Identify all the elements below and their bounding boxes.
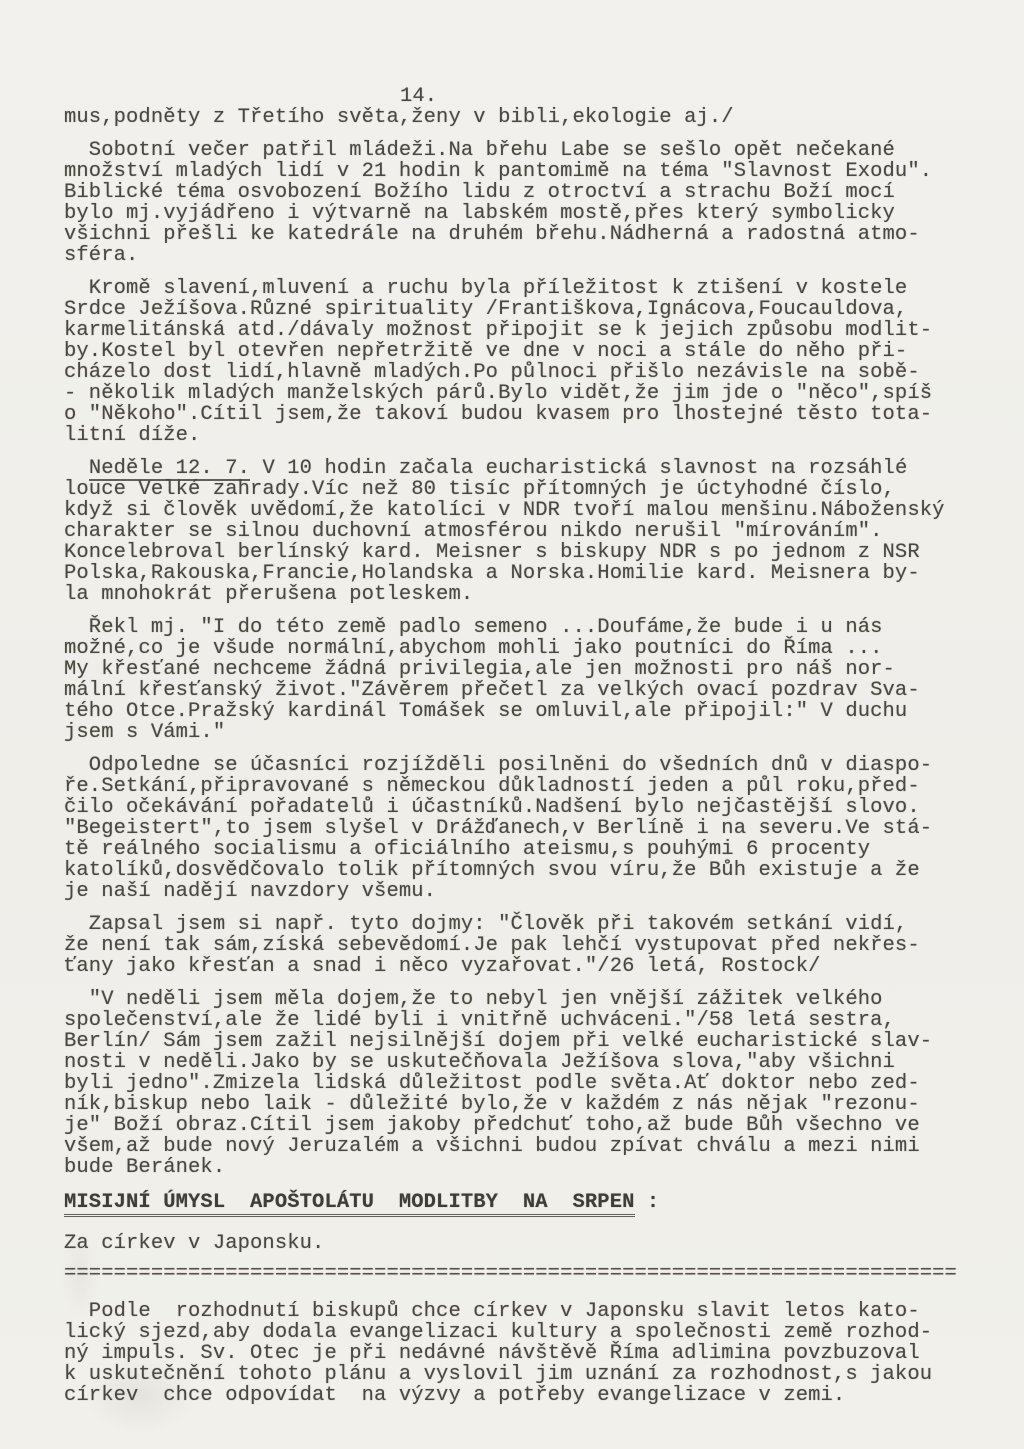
text-line: tě reálného socialismu a oficiálního ate… — [64, 839, 969, 860]
text-line: Srdce Ježíšova.Různé spirituality /Frant… — [64, 299, 969, 320]
text-line: sféra. — [64, 245, 969, 266]
text-line: "V neděli jsem měla dojem,že to nebyl je… — [64, 989, 969, 1010]
text-line: ře.Setkání,připravované s německou důkla… — [64, 776, 969, 797]
text-line: by.Kostel byl otevřen nepřetržitě ve dne… — [64, 341, 969, 362]
text-line: ník,biskup nebo laik - důležité bylo,že … — [64, 1094, 969, 1115]
date-line-rest: V 10 hodin začala eucharistická slavnost… — [250, 457, 907, 480]
text-line: ťany jako křesťan a snad i něco vyzařova… — [64, 956, 969, 977]
text-line: lický sjezd,aby dodala evangelizaci kult… — [64, 1322, 969, 1343]
mission-intention-heading-colon: : — [635, 1191, 660, 1214]
mission-intention-heading-text: MISIJNÍ ÚMYSL APOŠTOLÁTU MODLITBY NA SRP… — [64, 1192, 635, 1217]
paragraph-sunday-eucharist: Neděle 12. 7. V 10 hodin začala eucharis… — [64, 458, 969, 605]
text-line: la mnohokrát přerušena potleskem. — [64, 584, 969, 605]
text-line: Sobotní večer patřil mládeži.Na břehu La… — [64, 140, 969, 161]
text-line: o "Někoho".Cítil jsem,že takoví budou kv… — [64, 404, 969, 425]
dated-paragraph-lines: louce Velké zahrady.Víc než 80 tisíc pří… — [64, 479, 969, 605]
text-line: katolíků,dosvědčovalo tolik přítomných s… — [64, 860, 969, 881]
text-line: bylo mj.vyjádřeno i výtvarně na labském … — [64, 203, 969, 224]
text-line: všichni přešli ke katedrále na druhém bř… — [64, 224, 969, 245]
page-number-row: 14. — [64, 86, 969, 107]
page-content: 14. mus,podněty z Třetího světa,ženy v b… — [64, 86, 969, 1406]
text-line: k uskutečnění tohoto plánu a vyslovil ji… — [64, 1364, 969, 1385]
text-line: Biblické téma osvobození Božího lidu z o… — [64, 182, 969, 203]
text-line: Koncelebroval berlínský kard. Meisner s … — [64, 542, 969, 563]
text-line: když si člověk uvědomí,že katolíci v NDR… — [64, 500, 969, 521]
continuation-line: mus,podněty z Třetího světa,ženy v bibli… — [64, 107, 969, 128]
text-line: čilo očekávání pořadatelů i účastníků.Na… — [64, 797, 969, 818]
paragraph-afternoon-departure: Odpoledne se účasníci rozjížděli posilně… — [64, 755, 969, 902]
text-line: karmelitánská atd./dávaly možnost připoj… — [64, 320, 969, 341]
text-line: jsem s Vámi." — [64, 722, 969, 743]
text-line: My křesťané nechceme žádná privilegia,al… — [64, 659, 969, 680]
text-line: bude Beránek. — [64, 1157, 969, 1178]
separator-line: ========================================… — [64, 1263, 969, 1284]
text-line: Kromě slavení,mluvení a ruchu byla příle… — [64, 278, 969, 299]
text-line: všem,až bude nový Jeruzalém a všichni bu… — [64, 1136, 969, 1157]
mission-intention-heading: MISIJNÍ ÚMYSL APOŠTOLÁTU MODLITBY NA SRP… — [64, 1192, 969, 1218]
text-line: ný impuls. Sv. Otec je při nedávné návšt… — [64, 1343, 969, 1364]
text-line: že není tak sám,získá sebevědomí.Je pak … — [64, 935, 969, 956]
paragraph-japan-church: Podle rozhodnutí biskupů chce církev v J… — [64, 1301, 969, 1406]
paragraph-cardinal-speech: Řekl mj. "I do této země padlo semeno ..… — [64, 617, 969, 743]
text-line: charakter se silnou duchovní atmosférou … — [64, 521, 969, 542]
text-line: litní díže. — [64, 425, 969, 446]
text-line: mální křesťanský život."Závěrem přečetl … — [64, 680, 969, 701]
paragraph-church-stillness: Kromě slavení,mluvení a ruchu byla příle… — [64, 278, 969, 446]
text-line: je naší nadějí navzdory všemu. — [64, 881, 969, 902]
first-line-indent — [64, 457, 89, 480]
text-line: "Begeistert",to jsem slyšel v Drážďanech… — [64, 818, 969, 839]
paragraph-saturday-evening: Sobotní večer patřil mládeži.Na břehu La… — [64, 140, 969, 266]
mission-intention-subheading: Za církev v Japonsku. — [64, 1233, 969, 1254]
text-line: louce Velké zahrady.Víc než 80 tisíc pří… — [64, 479, 969, 500]
scanned-typewritten-page: { "colors": { "paper": "#f1f0ec", "ink":… — [0, 0, 1024, 1449]
text-line: - několik mladých manželských párů.Bylo … — [64, 383, 969, 404]
text-line: Řekl mj. "I do této země padlo semeno ..… — [64, 617, 969, 638]
text-line: cházelo dost lidí,hlavně mladých.Po půln… — [64, 362, 969, 383]
text-line: Berlín/ Sám jsem zažil nejsilnější dojem… — [64, 1031, 969, 1052]
dated-first-line: Neděle 12. 7. V 10 hodin začala eucharis… — [64, 458, 969, 479]
text-line: společenství,ale že lidé byli i vnitřně … — [64, 1010, 969, 1031]
text-line: tého Otce.Pražský kardinál Tomášek se om… — [64, 701, 969, 722]
text-line: možné,co je všude normální,abychom mohli… — [64, 638, 969, 659]
page-number: 14. — [400, 85, 437, 108]
text-line: Odpoledne se účasníci rozjížděli posilně… — [64, 755, 969, 776]
text-line: nosti v neděli.Jako by se uskutečňovala … — [64, 1052, 969, 1073]
text-line: církev chce odpovídat na výzvy a potřeby… — [64, 1385, 969, 1406]
text-line: Podle rozhodnutí biskupů chce církev v J… — [64, 1301, 969, 1322]
text-line: Polska,Rakouska,Francie,Holandska a Nors… — [64, 563, 969, 584]
text-line: Zapsal jsem si např. tyto dojmy: "Člověk… — [64, 914, 969, 935]
paragraph-testimony-rostock: Zapsal jsem si např. tyto dojmy: "Člověk… — [64, 914, 969, 977]
paragraph-testimony-berlin: "V neděli jsem měla dojem,že to nebyl je… — [64, 989, 969, 1178]
text-line: množství mladých lidí v 21 hodin k panto… — [64, 161, 969, 182]
text-line: je" Boží obraz.Cítil jsem jakoby předchu… — [64, 1115, 969, 1136]
text-line: byli jedno".Zmizela lidská důležitost po… — [64, 1073, 969, 1094]
